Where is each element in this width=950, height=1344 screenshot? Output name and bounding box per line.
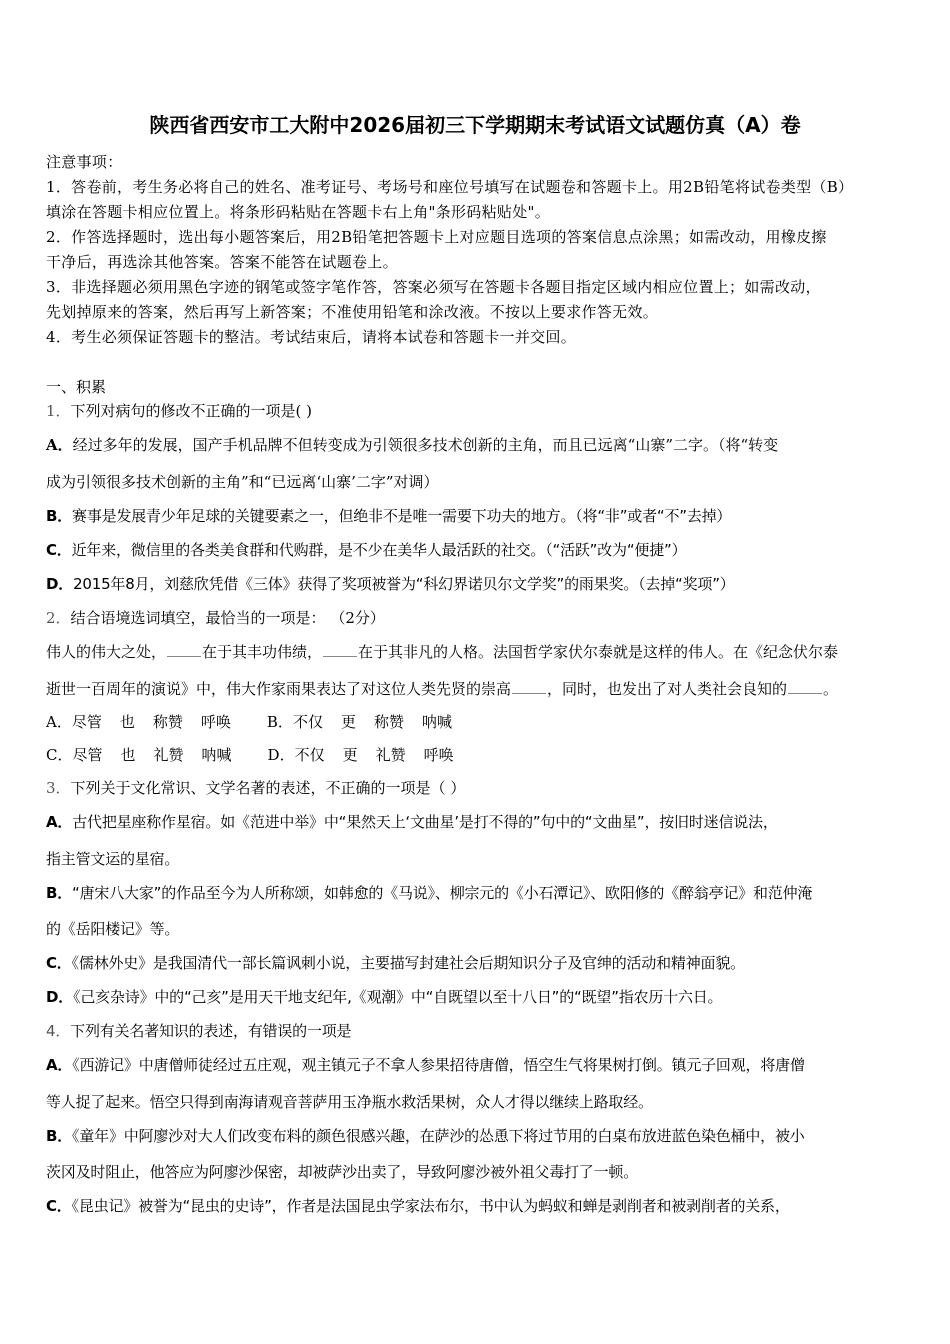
question-3-option-c: C．《儒林外史》是我国清代一部长篇讽刺小说，主要描写封建社会后期知识分子及官绅的…: [46, 953, 745, 973]
question-3-option-a: A．古代把星座称作星宿。如《范进中举》中“果然天上‘文曲星’是打不得的”句中的“…: [46, 812, 778, 832]
question-1-option-d: D．2015年8月，刘慈欣凭借《三体》获得了奖项被誉为“科幻界诺贝尔文学奖”的雨…: [46, 574, 735, 594]
question-1-option-c: C．近年来，微信里的各类美食群和代购群，是不少在美华人最活跃的社交。（“活跃”改…: [46, 540, 686, 560]
question-2-passage-line-2: 逝世一百周年的演说》中，伟大作家雨果表达了对这位人类先贤的崇高，同时，也发出了对…: [46, 679, 838, 699]
fill-blank: [323, 642, 357, 657]
notice-line: 2．作答选择题时，选出每小题答案后，用2B铅笔把答题卡上对应题目选项的答案信息点…: [46, 227, 827, 247]
notice-line: 干净后，再选涂其他答案。答案不能答在试题卷上。: [46, 252, 398, 272]
question-1-option-a-cont: 成为引领很多技术创新的主角”和“已远离‘山寨’二字”对调）: [46, 472, 439, 492]
notice-line: 先划掉原来的答案，然后再写上新答案；不准使用铅笔和涂改液。不按以上要求作答无效。: [46, 302, 658, 322]
question-3-option-a-cont: 指主管文运的星宿。: [46, 849, 179, 869]
page-title: 陕西省西安市工大附中2026届初三下学期期末考试语文试题仿真（A）卷: [0, 110, 950, 140]
exam-page: 陕西省西安市工大附中2026届初三下学期期末考试语文试题仿真（A）卷 注意事项：…: [0, 0, 950, 1344]
question-2-choices-row-2: C．尽管也礼赞呐喊D．不仅更礼赞呼唤: [46, 745, 454, 765]
question-number: 3．: [46, 779, 71, 797]
question-text: 下列关于文化常识、文学名著的表述，不正确的一项是（ ）: [71, 779, 466, 797]
question-number: 1．: [46, 402, 71, 420]
question-3-option-b-cont: 的《岳阳楼记》等。: [46, 919, 179, 939]
notice-line: 填涂在答题卡相应位置上。将条形码粘贴在答题卡右上角"条形码粘贴处"。: [46, 202, 550, 222]
question-3-option-b: B．“唐宋八大家”的作品至今为人所称颂，如韩愈的《马说》、柳宗元的《小石潭记》、…: [46, 883, 812, 903]
notice-line: 4．考生必须保证答题卡的整洁。考试结束后，请将本试卷和答题卡一并交回。: [46, 327, 576, 347]
question-4-stem: 4．下列有关名著知识的表述，有错误的一项是: [46, 1021, 351, 1041]
question-1-stem: 1．下列对病句的修改不正确的一项是( ): [46, 401, 312, 421]
question-text: 下列有关名著知识的表述，有错误的一项是: [70, 1022, 351, 1040]
question-1-option-a: A．经过多年的发展，国产手机品牌不但转变成为引领很多技术创新的主角，而且已远离“…: [46, 435, 778, 455]
question-2-stem: 2．结合语境选词填空，最恰当的一项是： （2分）: [46, 608, 385, 628]
question-3-option-d: D．《己亥杂诗》中的“己亥”是用天干地支纪年,《观潮》中“自既望以至十八日”的“…: [46, 987, 722, 1007]
fill-blank: [512, 679, 546, 694]
question-number: 2．: [46, 609, 71, 627]
fill-blank: [167, 642, 201, 657]
notice-line: 1．答卷前，考生务必将自己的姓名、准考证号、考场号和座位号填写在试题卷和答题卡上…: [46, 177, 853, 197]
question-2-passage-line-1: 伟人的伟大之处，在于其丰功伟绩，在于其非凡的人格。法国哲学家伏尔泰就是这样的伟人…: [46, 642, 838, 662]
notice-heading: 注意事项：: [46, 152, 123, 172]
question-text: 下列对病句的修改不正确的一项是( ): [71, 402, 312, 420]
question-2-choices-row-1: A．尽管也称赞呼唤B．不仅更称赞呐喊: [46, 712, 452, 732]
question-4-option-b: B．《童年》中阿廖沙对大人们改变布料的颜色很感兴趣，在萨沙的怂恿下将过节用的白桌…: [46, 1126, 805, 1146]
notice-line: 3．非选择题必须用黑色字迹的钢笔或签字笔作答，答案必须写在答题卡各题目指定区域内…: [46, 277, 821, 297]
question-number: 4．: [46, 1022, 70, 1040]
question-4-option-a-cont: 等人捉了起来。悟空只得到南海请观音菩萨用玉净瓶水救活果树，众人才得以继续上路取经…: [46, 1092, 653, 1112]
question-1-option-b: B．赛事是发展青少年足球的关键要素之一，但绝非不是唯一需要下功夫的地方。（将“非…: [46, 506, 731, 526]
fill-blank: [788, 679, 822, 694]
question-4-option-a: A．《西游记》中唐僧师徒经过五庄观，观主镇元子不拿人参果招待唐僧，悟空生气将果树…: [46, 1055, 805, 1075]
section-heading: 一、积累: [46, 377, 106, 397]
question-3-stem: 3．下列关于文化常识、文学名著的表述，不正确的一项是（ ）: [46, 778, 465, 798]
question-text: 结合语境选词填空，最恰当的一项是： （2分）: [71, 609, 385, 627]
question-4-option-c: C．《昆虫记》被誉为“昆虫的史诗”，作者是法国昆虫学家法布尔，书中认为蚂蚁和蝉是…: [46, 1196, 790, 1216]
question-4-option-b-cont: 茨冈及时阻止，他答应为阿廖沙保密，却被萨沙出卖了，导致阿廖沙被外祖父毒打了一顿。: [46, 1162, 638, 1182]
